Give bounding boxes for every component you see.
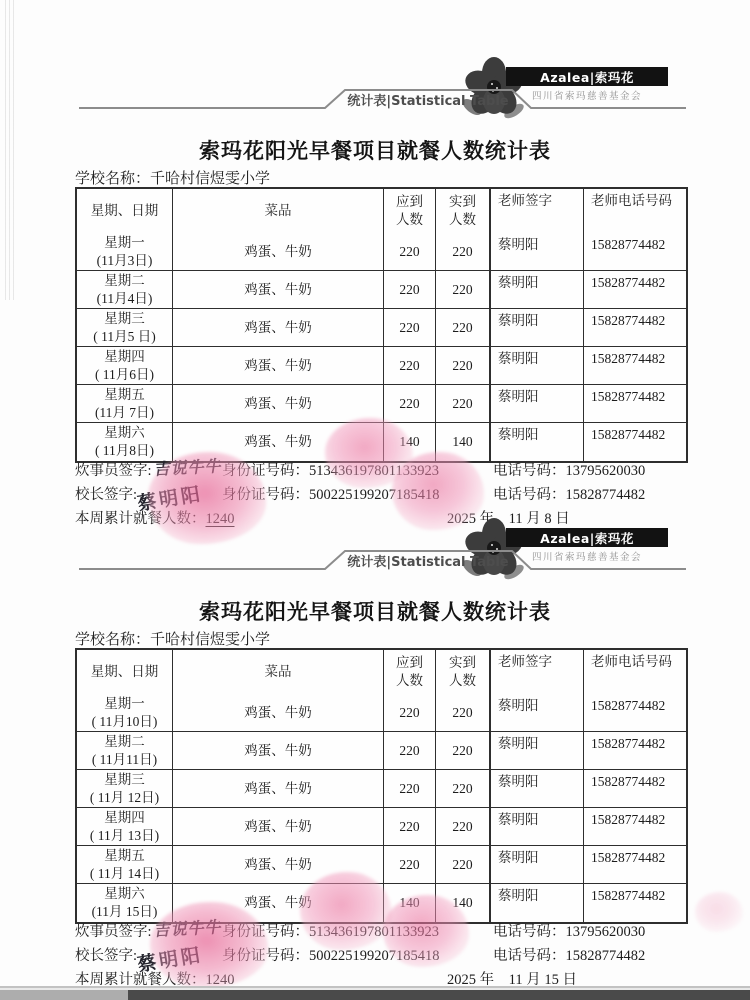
table-cell: 140 [383, 422, 435, 460]
statistics-form-week2: Azalea|索玛花 四川省索玛慈善基金会 统计表|Statistical Ta… [0, 512, 750, 982]
table-cell: 鸡蛋、牛奶 [172, 694, 383, 731]
table-cell: 220 [435, 807, 489, 845]
table-cell: 220 [383, 384, 435, 422]
header-cell: 老师签字 [489, 189, 583, 233]
table-cell: 鸡蛋、牛奶 [172, 731, 383, 769]
header-cell: 星期、日期 [77, 650, 172, 694]
table-cell: 15828774482 [583, 845, 686, 883]
table-cell: 220 [383, 694, 435, 731]
table-cell: 蔡明阳 [489, 346, 583, 384]
table-cell: 15828774482 [583, 769, 686, 807]
table-row: 星期五( 11月 14日)鸡蛋、牛奶220220蔡明阳15828774482 [77, 845, 686, 883]
school-name-line: 学校名称：千哈村信煜雯小学 [75, 628, 270, 649]
table-cell: 星期五(11月 7日) [77, 384, 172, 422]
table-cell: 蔡明阳 [489, 308, 583, 346]
table-cell: 220 [383, 308, 435, 346]
table-cell: 鸡蛋、牛奶 [172, 308, 383, 346]
cook-id: 身份证号码：513436197801133923 [222, 459, 439, 480]
table-cell: 220 [435, 346, 489, 384]
table-cell: 15828774482 [583, 233, 686, 270]
table-row: 星期二( 11月11日)鸡蛋、牛奶220220蔡明阳15828774482 [77, 731, 686, 769]
table-cell: 140 [435, 422, 489, 460]
table-cell: 15828774482 [583, 270, 686, 308]
table-body: 星期一( 11月10日)鸡蛋、牛奶220220蔡明阳15828774482星期二… [77, 694, 686, 922]
table-cell: 220 [435, 270, 489, 308]
statistics-form-week1: Azalea|索玛花 四川省索玛慈善基金会 统计表|Statistical Ta… [0, 51, 750, 521]
cook-handwritten-signature: 吉说牛牛 [153, 914, 225, 941]
table-cell: 蔡明阳 [489, 270, 583, 308]
table-cell: 蔡明阳 [489, 807, 583, 845]
school-label: 学校名称： [75, 171, 150, 187]
principal-id: 身份证号码：500225199207185418 [222, 483, 440, 504]
table-header-row: 星期、日期 菜品 应到 人数 实到 人数 老师签字 老师电话号码 [77, 650, 686, 694]
table-cell: 15828774482 [583, 308, 686, 346]
table-cell: 140 [383, 883, 435, 921]
table-cell: 15828774482 [583, 694, 686, 731]
table-cell: 星期六( 11月8日) [77, 422, 172, 460]
table-cell: 220 [435, 694, 489, 731]
ribbon-rule: 统计表|Statistical Table [75, 544, 690, 572]
table-cell: 220 [435, 769, 489, 807]
weekly-total: 本周累计就餐人数：1240 [75, 968, 235, 989]
form-title: 索玛花阳光早餐项目就餐人数统计表 [0, 596, 750, 626]
table-cell: 星期三( 11月5 日) [77, 308, 172, 346]
header-cell: 老师签字 [489, 650, 583, 694]
school-label: 学校名称： [75, 632, 150, 648]
table-cell: 星期二( 11月11日) [77, 731, 172, 769]
table-cell: 220 [435, 308, 489, 346]
table-row: 星期一( 11月10日)鸡蛋、牛奶220220蔡明阳15828774482 [77, 694, 686, 731]
header-cell: 星期、日期 [77, 189, 172, 233]
table-cell: 220 [383, 233, 435, 270]
table-row: 星期六( 11月8日)鸡蛋、牛奶140140蔡明阳15828774482 [77, 422, 686, 460]
table-cell: 220 [383, 731, 435, 769]
header-cell: 老师电话号码 [583, 650, 686, 694]
principal-phone: 电话号码：15828774482 [493, 483, 645, 504]
table-cell: 蔡明阳 [489, 769, 583, 807]
table-cell: 星期五( 11月 14日) [77, 845, 172, 883]
weekly-total-value: 1240 [206, 972, 235, 988]
table-cell: 15828774482 [583, 384, 686, 422]
table-cell: 15828774482 [583, 883, 686, 921]
table-cell: 220 [435, 233, 489, 270]
table-cell: 蔡明阳 [489, 731, 583, 769]
table-cell: 鸡蛋、牛奶 [172, 384, 383, 422]
ribbon-label: 统计表|Statistical Table [347, 93, 508, 109]
table-row: 星期三( 11月 12日)鸡蛋、牛奶220220蔡明阳15828774482 [77, 769, 686, 807]
table-cell: 140 [435, 883, 489, 921]
header-cell: 应到 人数 [383, 189, 435, 233]
ribbon-rule: 统计表|Statistical Table [75, 83, 690, 111]
table-cell: 220 [383, 807, 435, 845]
table-row: 星期四( 11月6日)鸡蛋、牛奶220220蔡明阳15828774482 [77, 346, 686, 384]
table-cell: 鸡蛋、牛奶 [172, 233, 383, 270]
table-cell: 星期一(11月3日) [77, 233, 172, 270]
table-row: 星期三( 11月5 日)鸡蛋、牛奶220220蔡明阳15828774482 [77, 308, 686, 346]
table-cell: 星期一( 11月10日) [77, 694, 172, 731]
principal-id: 身份证号码：500225199207185418 [222, 944, 440, 965]
table-cell: 220 [383, 769, 435, 807]
table-cell: 星期四( 11月6日) [77, 346, 172, 384]
principal-label: 校长签字: [75, 944, 137, 965]
header-cell: 应到 人数 [383, 650, 435, 694]
cook-phone: 电话号码：13795620030 [493, 459, 645, 480]
table-cell: 星期六(11月 15日) [77, 883, 172, 921]
table-cell: 15828774482 [583, 422, 686, 460]
table-cell: 蔡明阳 [489, 422, 583, 460]
cook-signature-line: 炊事员签字: 吉说牛牛 身份证号码：513436197801133923 电话号… [75, 920, 695, 940]
table-cell: 鸡蛋、牛奶 [172, 346, 383, 384]
cook-label: 炊事员签字: [75, 920, 152, 941]
table-cell: 220 [435, 845, 489, 883]
table-body: 星期一(11月3日)鸡蛋、牛奶220220蔡明阳15828774482星期二(1… [77, 233, 686, 461]
form-date: 2025 年 11 月 15 日 [447, 968, 577, 989]
header-cell: 老师电话号码 [583, 189, 686, 233]
table-header-row: 星期、日期 菜品 应到 人数 实到 人数 老师签字 老师电话号码 [77, 189, 686, 233]
table-cell: 蔡明阳 [489, 883, 583, 921]
header-cell: 菜品 [172, 650, 383, 694]
cook-handwritten-signature: 吉说牛牛 [153, 453, 225, 480]
school-name: 千哈村信煜雯小学 [150, 632, 270, 648]
principal-label: 校长签字: [75, 483, 137, 504]
header-cell: 实到 人数 [435, 650, 489, 694]
header-cell: 实到 人数 [435, 189, 489, 233]
table-cell: 220 [383, 270, 435, 308]
table-cell: 15828774482 [583, 731, 686, 769]
table-cell: 15828774482 [583, 807, 686, 845]
school-name: 千哈村信煜雯小学 [150, 171, 270, 187]
table-cell: 蔡明阳 [489, 233, 583, 270]
table-cell: 星期三( 11月 12日) [77, 769, 172, 807]
table-row: 星期四( 11月 13日)鸡蛋、牛奶220220蔡明阳15828774482 [77, 807, 686, 845]
table-row: 星期一(11月3日)鸡蛋、牛奶220220蔡明阳15828774482 [77, 233, 686, 270]
table-cell: 星期四( 11月 13日) [77, 807, 172, 845]
table-row: 星期五(11月 7日)鸡蛋、牛奶220220蔡明阳15828774482 [77, 384, 686, 422]
table-cell: 鸡蛋、牛奶 [172, 845, 383, 883]
principal-signature-line: 校长签字: 蔡明阳 身份证号码：500225199207185418 电话号码：… [75, 483, 695, 503]
table-cell: 星期二(11月4日) [77, 270, 172, 308]
table-row: 星期六(11月 15日)鸡蛋、牛奶140140蔡明阳15828774482 [77, 883, 686, 921]
principal-phone: 电话号码：15828774482 [493, 944, 645, 965]
weekly-total-line: 本周累计就餐人数：1240 2025 年 11 月 15 日 [75, 968, 695, 988]
table-cell: 220 [383, 845, 435, 883]
cook-phone: 电话号码：13795620030 [493, 920, 645, 941]
table-cell: 蔡明阳 [489, 694, 583, 731]
form-title: 索玛花阳光早餐项目就餐人数统计表 [0, 135, 750, 165]
table-cell: 220 [435, 731, 489, 769]
table-cell: 鸡蛋、牛奶 [172, 270, 383, 308]
attendance-table: 星期、日期 菜品 应到 人数 实到 人数 老师签字 老师电话号码 星期一(11月… [75, 187, 688, 463]
table-cell: 蔡明阳 [489, 384, 583, 422]
scanned-document-page: Azalea|索玛花 四川省索玛慈善基金会 统计表|Statistical Ta… [0, 0, 750, 1000]
table-cell: 220 [435, 384, 489, 422]
table-cell: 鸡蛋、牛奶 [172, 807, 383, 845]
table-cell: 220 [383, 346, 435, 384]
cook-id: 身份证号码：513436197801133923 [222, 920, 439, 941]
header-cell: 菜品 [172, 189, 383, 233]
school-name-line: 学校名称：千哈村信煜雯小学 [75, 167, 270, 188]
table-cell: 鸡蛋、牛奶 [172, 769, 383, 807]
table-row: 星期二(11月4日)鸡蛋、牛奶220220蔡明阳15828774482 [77, 270, 686, 308]
principal-signature-line: 校长签字: 蔡明阳 身份证号码：500225199207185418 电话号码：… [75, 944, 695, 964]
cook-label: 炊事员签字: [75, 459, 152, 480]
ribbon-label: 统计表|Statistical Table [347, 554, 508, 570]
table-cell: 蔡明阳 [489, 845, 583, 883]
attendance-table: 星期、日期 菜品 应到 人数 实到 人数 老师签字 老师电话号码 星期一( 11… [75, 648, 688, 924]
table-cell: 15828774482 [583, 346, 686, 384]
cook-signature-line: 炊事员签字: 吉说牛牛 身份证号码：513436197801133923 电话号… [75, 459, 695, 479]
